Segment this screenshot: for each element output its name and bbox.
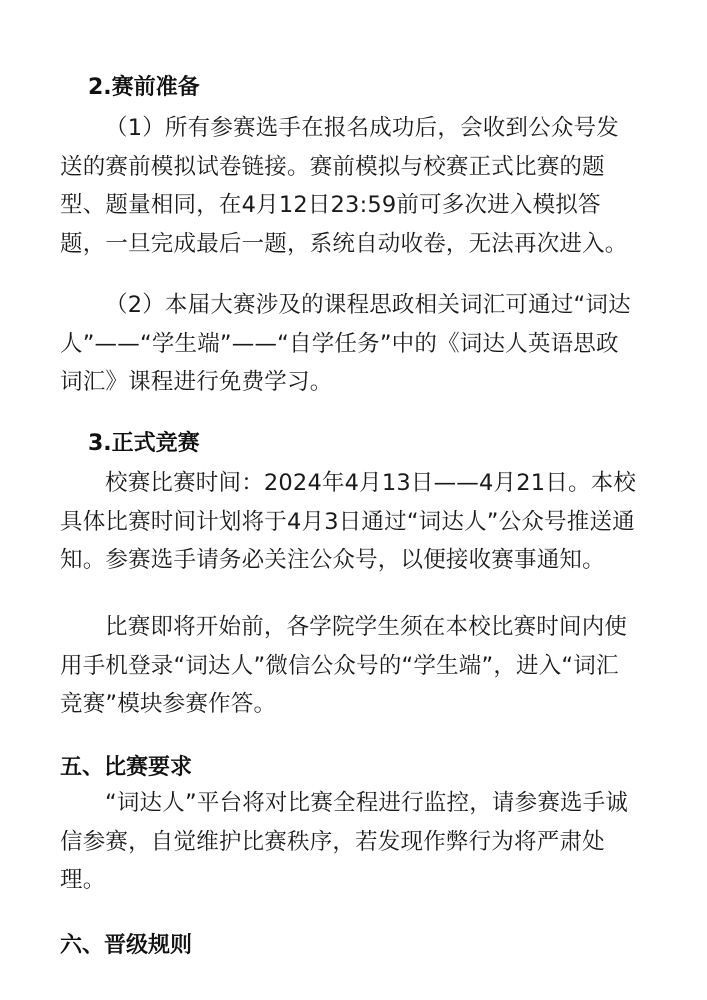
heading-competition-requirements: 五、比赛要求 [60, 753, 640, 783]
paragraph-mock-exam: （1）所有参赛选手在报名成功后，会收到公众号发送的赛前模拟试卷链接。赛前模拟与校… [60, 109, 640, 263]
paragraph-vocabulary-course: （2）本届大赛涉及的课程思政相关词汇可通过“词达人”——“学生端”——“自学任务… [60, 286, 640, 402]
paragraph-monitoring: “词达人”平台将对比赛全程进行监控，请参赛选手诚信参赛，自觉维护比赛秩序，若发现… [60, 784, 640, 900]
paragraph-login-instructions: 比赛即将开始前，各学院学生须在本校比赛时间内使用手机登录“词达人”微信公众号的“… [60, 608, 640, 724]
heading-formal-competition: 3.正式竞赛 [88, 429, 668, 459]
heading-pre-competition-prep: 2.赛前准备 [88, 73, 668, 103]
paragraph-competition-time: 校赛比赛时间：2024年4月13日——4月21日。本校具体比赛时间计划将于4月3… [60, 464, 640, 580]
heading-advancement-rules: 六、晋级规则 [60, 931, 640, 961]
